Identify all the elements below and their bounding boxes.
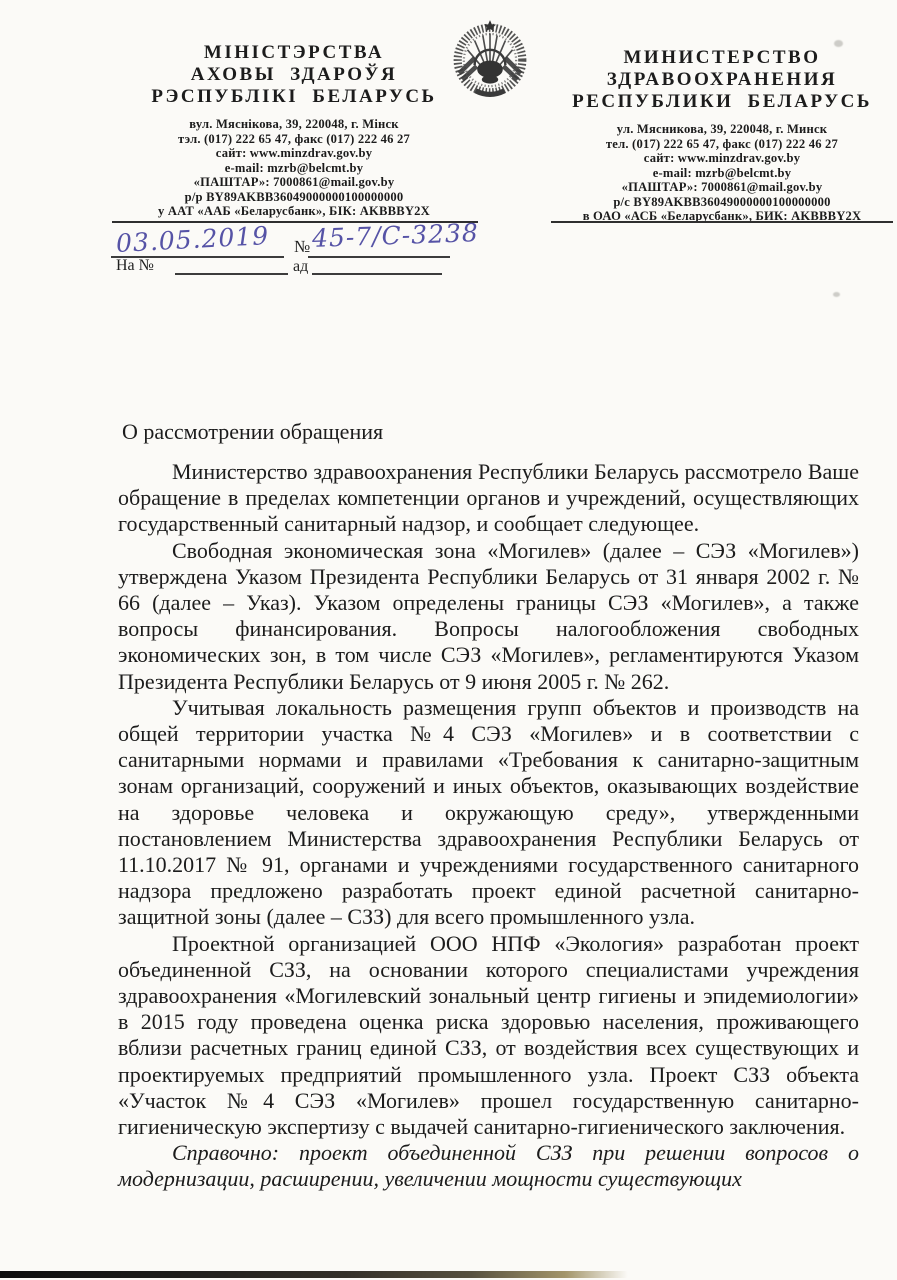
address-line: р/р BY89AKBB36049000000100000000 [105,190,483,205]
number-underline [308,256,450,258]
from-date-underline [312,273,442,275]
address-line: тэл. (017) 222 65 47, факс (017) 222 46 … [105,132,483,147]
paragraph: Учитывая локальность размещения групп об… [118,695,859,931]
address-line: «ПАШТАР»: 7000861@mail.gov.by [547,180,897,195]
address-line: сайт: www.minzdrav.gov.by [105,146,483,161]
belarus-coat-of-arms-icon [449,16,531,100]
title-line: РЭСПУБЛІКІ БЕЛАРУСЬ [105,86,483,108]
number-sign: № [294,237,310,257]
address-line: тел. (017) 222 65 47, факс (017) 222 46 … [547,137,897,152]
address-line: e-mail: mzrb@belcmt.by [105,161,483,176]
title-line: ЗДРАВООХРАНЕНИЯ [547,69,897,91]
title-line: МІНІСТЭРСТВА [105,42,483,64]
from-date-label: ад [293,258,308,276]
paragraph: Проектной организацией ООО НПФ «Экология… [118,931,859,1141]
title-line: АХОВЫ ЗДАРОЎЯ [105,64,483,86]
handwritten-date: 03.05.2019 [115,221,269,258]
address-line: р/с BY89AKBB36049000000100000000 [547,195,897,210]
address-line: сайт: www.minzdrav.gov.by [547,151,897,166]
letter-body: Министерство здравоохранения Республики … [118,459,859,1193]
scanned-letter-page: МІНІСТЭРСТВА АХОВЫ ЗДАРОЎЯ РЭСПУБЛІКІ БЕ… [0,0,897,1280]
handwritten-outgoing-number: 45-7/С-3238 [312,218,480,253]
ministry-address-russian: ул. Мясникова, 39, 220048, г. Минск тел.… [547,122,897,224]
letterhead-russian-block: МИНИСТЕРСТВО ЗДРАВООХРАНЕНИЯ РЕСПУБЛИКИ … [547,47,897,224]
ministry-title-belarusian: МІНІСТЭРСТВА АХОВЫ ЗДАРОЎЯ РЭСПУБЛІКІ БЕ… [105,42,483,108]
ministry-address-belarusian: вул. Мяснікова, 39, 220048, г. Мінск тэл… [105,117,483,219]
ministry-title-russian: МИНИСТЕРСТВО ЗДРАВООХРАНЕНИЯ РЕСПУБЛИКИ … [547,47,897,113]
scan-edge-artifact-bar [0,1271,628,1278]
address-line: у ААТ «ААБ «Беларусбанк», БІК: AKBBBY2X [105,204,483,219]
paragraph-reference-note: Справочно: проект объединенной СЗЗ при р… [118,1140,859,1192]
letterhead-divider-right [551,221,893,223]
scan-speck [833,292,840,297]
address-line: вул. Мяснікова, 39, 220048, г. Мінск [105,117,483,132]
letterhead-belarusian-block: МІНІСТЭРСТВА АХОВЫ ЗДАРОЎЯ РЭСПУБЛІКІ БЕ… [105,42,483,219]
title-line: МИНИСТЕРСТВО [547,47,897,69]
incoming-number-underline [175,273,288,275]
address-line: e-mail: mzrb@belcmt.by [547,166,897,181]
paragraph: Министерство здравоохранения Республики … [118,459,859,538]
address-line: «ПАШТАР»: 7000861@mail.gov.by [105,175,483,190]
incoming-number-label: На № [116,257,154,275]
title-line: РЕСПУБЛИКИ БЕЛАРУСЬ [547,91,897,113]
address-line: ул. Мясникова, 39, 220048, г. Минск [547,122,897,137]
letter-subject: О рассмотрении обращения [122,419,383,445]
scan-speck [834,40,843,47]
paragraph: Свободная экономическая зона «Могилев» (… [118,538,859,695]
